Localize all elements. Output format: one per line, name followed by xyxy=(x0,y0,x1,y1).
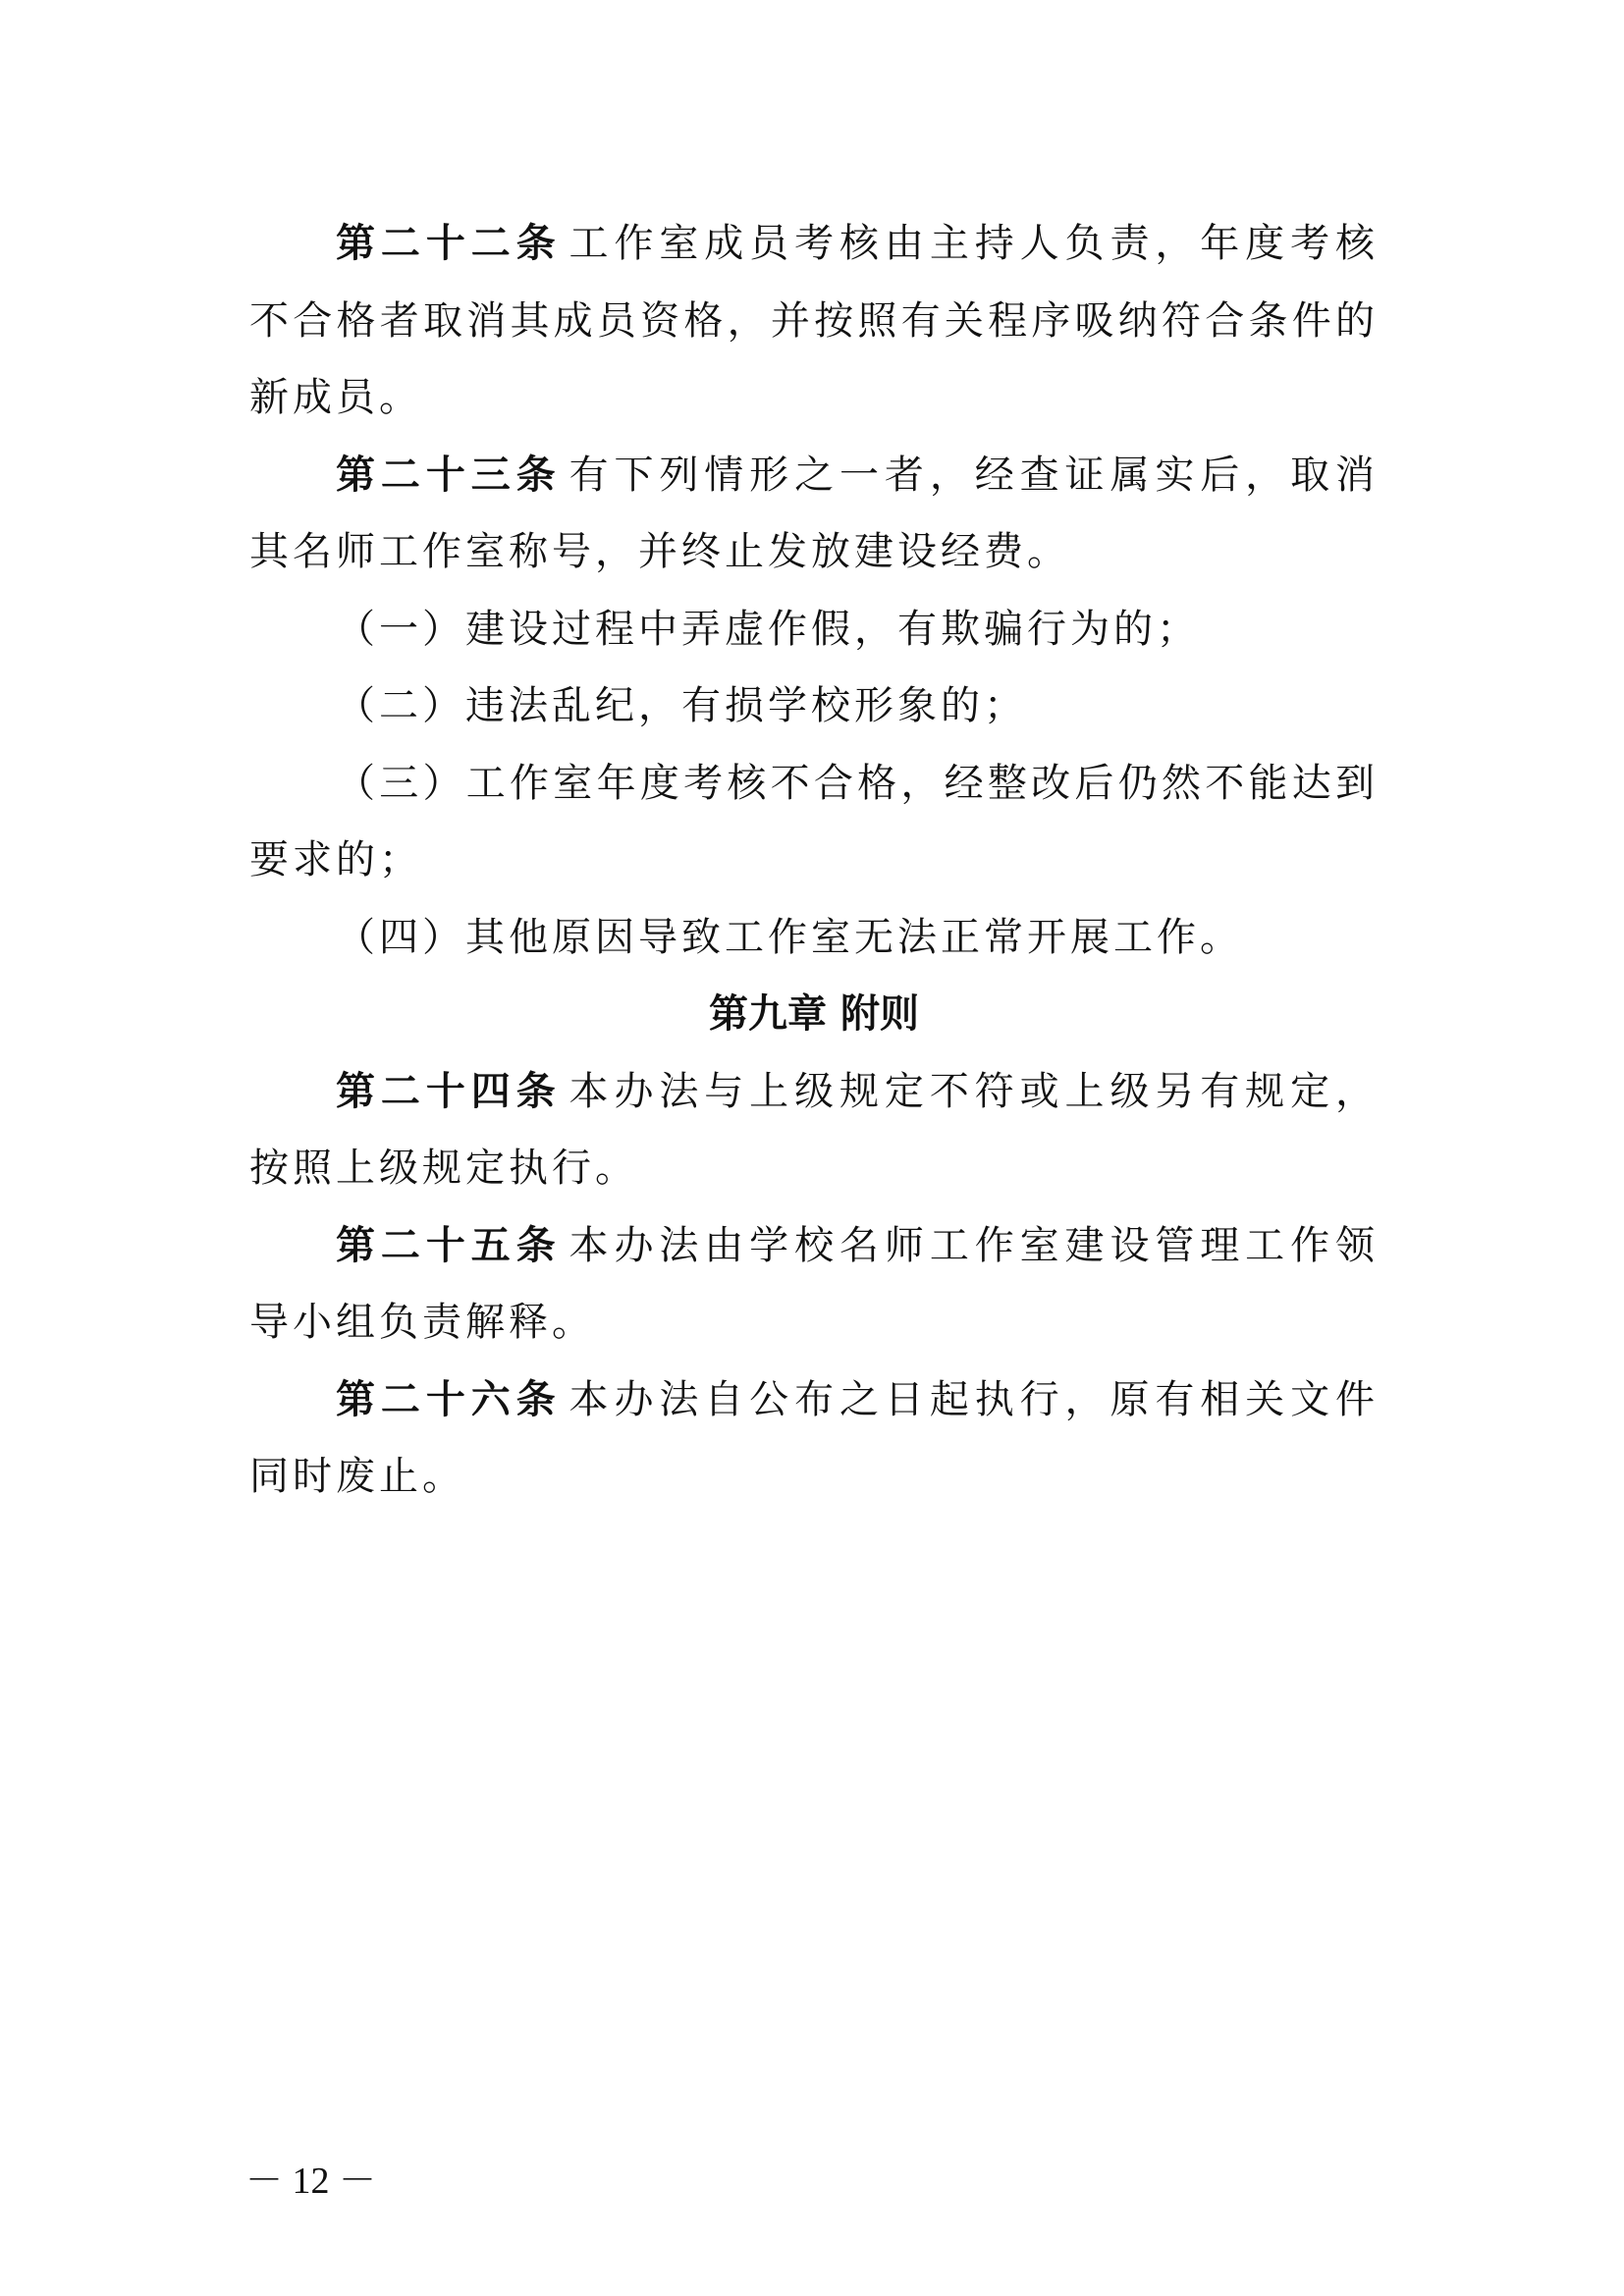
article-22: 第二十二条工作室成员考核由主持人负责，年度考核不合格者取消其成员资格，并按照有关… xyxy=(249,205,1379,437)
list-item-2: （二）违法乱纪，有损学校形象的； xyxy=(249,667,1379,745)
document-page: 第二十二条工作室成员考核由主持人负责，年度考核不合格者取消其成员资格，并按照有关… xyxy=(0,0,1624,2296)
article-label: 第二十六条 xyxy=(336,1377,562,1422)
article-label: 第二十二条 xyxy=(336,221,562,266)
article-26: 第二十六条本办法自公布之日起执行，原有相关文件同时废止。 xyxy=(249,1362,1379,1516)
article-25: 第二十五条本办法由学校名师工作室建设管理工作领导小组负责解释。 xyxy=(249,1207,1379,1362)
article-23: 第二十三条有下列情形之一者，经查证属实后，取消其名师工作室称号，并终止发放建设经… xyxy=(249,437,1379,591)
article-label: 第二十三条 xyxy=(336,453,562,498)
list-item-3: （三）工作室年度考核不合格，经整改后仍然不能达到要求的； xyxy=(249,745,1379,899)
chapter-label: 第九章 xyxy=(709,991,827,1037)
article-label: 第二十五条 xyxy=(336,1223,562,1268)
chapter-title: 附则 xyxy=(840,991,919,1037)
article-label: 第二十四条 xyxy=(336,1069,562,1114)
list-item-4: （四）其他原因导致工作室无法正常开展工作。 xyxy=(249,899,1379,977)
page-number: － 12 － xyxy=(245,2150,376,2204)
document-body: 第二十二条工作室成员考核由主持人负责，年度考核不合格者取消其成员资格，并按照有关… xyxy=(249,205,1379,1516)
list-item-1: （一）建设过程中弄虚作假，有欺骗行为的； xyxy=(249,591,1379,668)
article-24: 第二十四条本办法与上级规定不符或上级另有规定，按照上级规定执行。 xyxy=(249,1053,1379,1207)
chapter-heading: 第九章附则 xyxy=(249,976,1379,1053)
